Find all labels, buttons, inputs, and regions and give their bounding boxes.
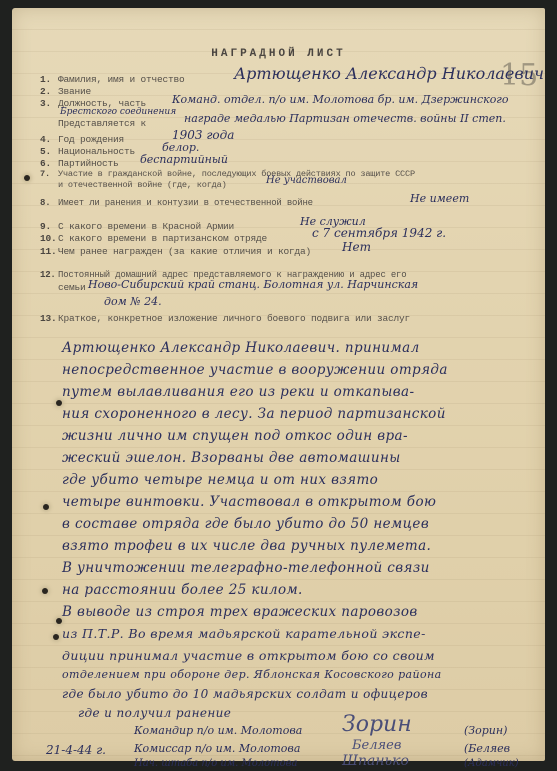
field-6-value: беспартийный bbox=[140, 153, 228, 166]
field-10-label: 10.С какого времени в партизанском отряд… bbox=[40, 233, 267, 244]
narrative-line: где было убито до 10 мадьярских солдат и… bbox=[62, 687, 428, 701]
narrative-line: Артющенко Александр Николаевич. принимал bbox=[62, 340, 420, 356]
narrative-line: В выводе из строя трех вражеских паровоз… bbox=[62, 604, 418, 620]
field-12-value: Ново-Сибирский край станц. Болотная ул. … bbox=[88, 278, 418, 291]
award-sheet-page: НАГРАДНОЙ ЛИСТ 15 1.Фамилия, имя и отчес… bbox=[12, 8, 545, 761]
narrative-line: путем вылавливания его из реки и откапыв… bbox=[62, 384, 414, 400]
narrative-line: отделением при обороне дер. Яблонская Ко… bbox=[62, 668, 442, 681]
signatory-role-chief-of-staff: Нач. штаба п/о им. Молотова bbox=[134, 758, 297, 769]
binding-hole bbox=[42, 588, 48, 594]
binding-hole bbox=[56, 618, 62, 624]
narrative-line: диции принимал участие в открытом бою со… bbox=[62, 648, 435, 663]
narrative-line: из П.Т.Р. Во время мадьярской карательно… bbox=[62, 626, 426, 641]
signatory-role-commissar: Комиссар п/о им. Молотова bbox=[134, 742, 300, 755]
narrative-line: жизни лично им спущен под откос один вра… bbox=[62, 428, 408, 444]
document-date: 21-4-44 г. bbox=[46, 743, 106, 757]
narrative-line: непосредственное участие в вооружении от… bbox=[62, 362, 448, 378]
field-2-label: 2.Звание bbox=[40, 86, 91, 97]
narrative-line: где и получил ранение bbox=[78, 706, 231, 720]
field-8-value: Не имеет bbox=[410, 192, 469, 205]
signature-chief-of-staff: Шпанько bbox=[342, 753, 409, 769]
narrative-line: взято трофеи в их числе два ручных пулем… bbox=[62, 538, 431, 554]
field-10-value: с 7 сентября 1942 г. bbox=[312, 226, 446, 240]
field-6-label: 6.Партийность bbox=[40, 158, 119, 169]
field-3-value: Команд. отдел. п/о им. Молотова бр. им. … bbox=[172, 93, 509, 106]
field-12-value-cont: дом № 24. bbox=[104, 295, 162, 308]
presented-for-label: Представляется к bbox=[40, 118, 146, 129]
field-5-label: 5.Национальность bbox=[40, 146, 135, 157]
narrative-line: на расстоянии более 25 килом. bbox=[62, 582, 303, 598]
field-1-label: 1.Фамилия, имя и отчество bbox=[40, 74, 185, 85]
field-7-label-cont: и отечественной войне (где, когда) bbox=[58, 180, 227, 190]
field-4-value: 1903 года bbox=[172, 128, 234, 142]
signatory-role-commander: Командир п/о им. Молотова bbox=[134, 724, 302, 737]
narrative-line: В уничтожении телеграфно-телефонной связ… bbox=[62, 560, 430, 576]
field-11-label: 11.Чем ранее награжден (за какие отличия… bbox=[40, 246, 311, 257]
field-12-label-cont: семьи bbox=[58, 282, 86, 293]
binding-hole bbox=[56, 400, 62, 406]
signatory-name-commissar: (Беляев bbox=[464, 742, 510, 755]
field-3-value-cont: Брестского соединения bbox=[60, 107, 176, 117]
signature-commander: Зорин bbox=[342, 712, 412, 737]
field-9-label: 9.С какого времени в Красной Армии bbox=[40, 221, 234, 232]
field-7-value: Не участвовал bbox=[266, 175, 347, 186]
document-title: НАГРАДНОЙ ЛИСТ bbox=[12, 48, 545, 60]
binding-hole bbox=[24, 175, 30, 181]
field-1-value: Артющенко Александр Николаевич bbox=[234, 64, 544, 83]
field-7-label: 7.Участие в гражданской войне, последующ… bbox=[40, 169, 415, 179]
signatory-name-chief-of-staff: (Адамчик) bbox=[464, 758, 519, 769]
field-11-value: Нет bbox=[342, 240, 371, 254]
narrative-line: жеский эшелон. Взорваны две автомашины bbox=[62, 450, 401, 466]
narrative-line: где убито четыре немца и от них взято bbox=[62, 472, 378, 488]
binding-hole bbox=[43, 504, 49, 510]
field-4-label: 4.Год рождения bbox=[40, 134, 124, 145]
field-8-label: 8.Имеет ли ранения и контузии в отечеств… bbox=[40, 198, 313, 208]
signature-commissar: Беляев bbox=[352, 738, 401, 753]
narrative-line: ния схороненного в лесу. За период парти… bbox=[62, 406, 446, 422]
signatory-name-commander: (Зорин) bbox=[464, 724, 507, 737]
narrative-line: четыре винтовки. Участвовал в открытом б… bbox=[62, 494, 436, 510]
field-13-label: 13.Краткое, конкретное изложение личного… bbox=[40, 313, 410, 324]
binding-hole bbox=[53, 634, 59, 640]
presented-for-value: награде медалью Партизан отечеств. войны… bbox=[184, 112, 506, 125]
narrative-line: в составе отряда где было убито до 50 не… bbox=[62, 516, 429, 532]
